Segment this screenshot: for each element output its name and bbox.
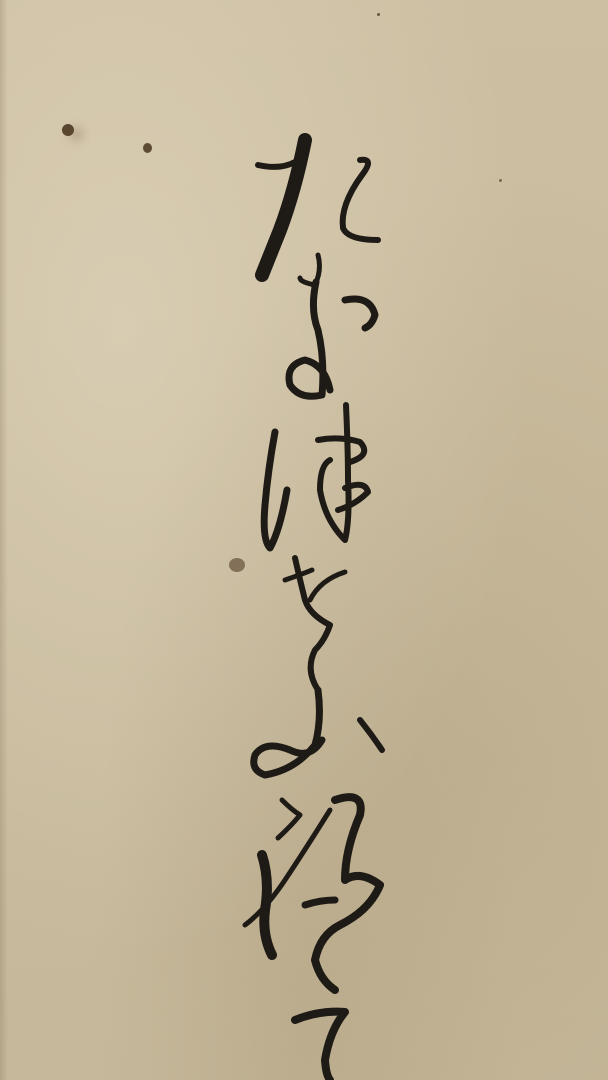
glyph-trailing [295,1012,345,1080]
calligraphy-column [0,0,608,1080]
glyph-mo [285,558,345,690]
glyph-na [289,255,375,396]
glyph-ha [264,405,368,548]
glyph-ka [254,690,382,775]
glyph-sa [245,797,380,990]
